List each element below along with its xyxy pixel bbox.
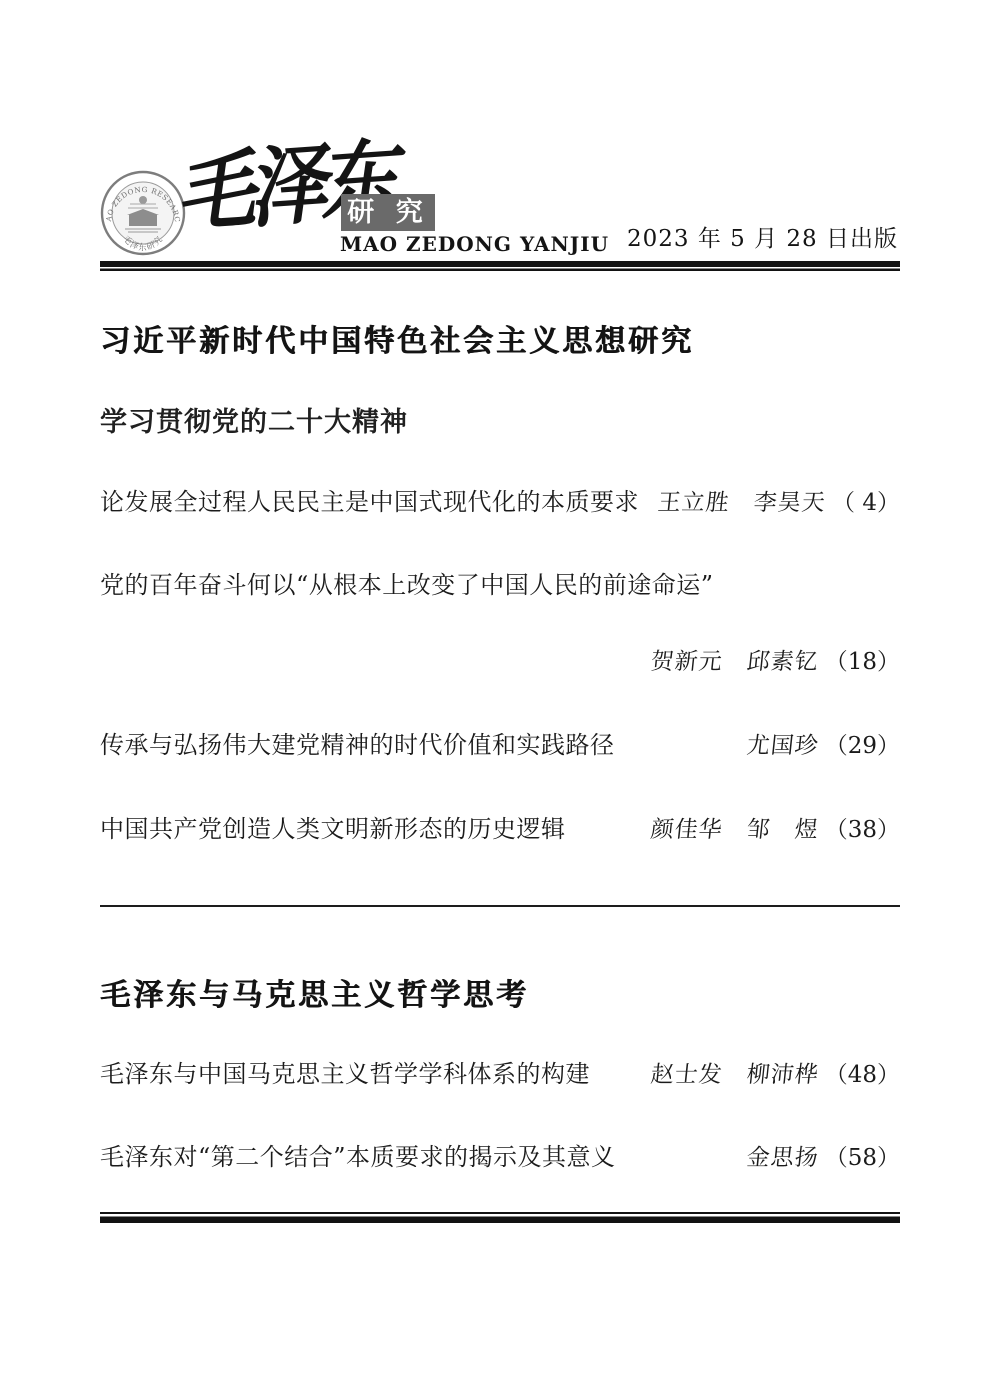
article-authors: 赵士发 柳沛桦 <box>649 1056 820 1089</box>
article-title: 论发展全过程人民民主是中国式现代化的本质要求 <box>100 482 639 517</box>
section-divider <box>100 905 900 907</box>
article-authors: 王立胜 李昊天 <box>656 484 827 517</box>
article-title: 中国共产党创造人类文明新形态的历史逻辑 <box>100 809 566 844</box>
article-entry: 毛泽东对“第二个结合”本质要求的揭示及其意义 金思扬 （58） <box>100 1137 900 1172</box>
journal-title-box: 研 究 <box>341 194 435 231</box>
article-authors-page: 贺新元 邱素钇 （18） <box>651 643 900 676</box>
publish-date: 2023 年 5 月 28 日出版 <box>627 220 898 253</box>
header-divider <box>100 261 900 271</box>
section-2-heading: 毛泽东与马克思主义哲学思考 <box>100 970 900 1014</box>
article-title: 党的百年奋斗何以“从根本上改变了中国人民的前途命运” <box>100 565 714 600</box>
article-entry: 毛泽东与中国马克思主义哲学学科体系的构建 赵士发 柳沛桦 （48） <box>100 1054 900 1089</box>
article-entry: 论发展全过程人民民主是中国式现代化的本质要求 王立胜 李昊天 （ 4） <box>100 482 900 517</box>
journal-header: MAO ZEDONG RESEARCH 毛泽东研究 毛泽东 研 究 MAO ZE… <box>100 166 900 262</box>
journal-toc-page: MAO ZEDONG RESEARCH 毛泽东研究 毛泽东 研 究 MAO ZE… <box>0 0 1000 1400</box>
article-title: 毛泽东对“第二个结合”本质要求的揭示及其意义 <box>100 1137 616 1172</box>
article-page-number: （18） <box>825 643 900 676</box>
article-page-number: （38） <box>825 811 900 844</box>
journal-seal-icon: MAO ZEDONG RESEARCH 毛泽东研究 <box>100 170 186 256</box>
article-authors-page: 颜佳华 邹 煜 （38） <box>651 811 900 844</box>
article-entry: 中国共产党创造人类文明新形态的历史逻辑 颜佳华 邹 煜 （38） <box>100 809 900 844</box>
section-1-heading: 习近平新时代中国特色社会主义思想研究 <box>100 316 900 360</box>
journal-seal-logo: MAO ZEDONG RESEARCH 毛泽东研究 <box>100 170 186 256</box>
article-page-number: （48） <box>825 1056 900 1089</box>
article-authors-page: 赵士发 柳沛桦 （48） <box>651 1056 900 1089</box>
article-entry: 党的百年奋斗何以“从根本上改变了中国人民的前途命运” <box>100 565 900 600</box>
article-entry: 传承与弘扬伟大建党精神的时代价值和实践路径 尤国珍 （29） <box>100 725 900 760</box>
article-entry-authors-line: 贺新元 邱素钇 （18） <box>100 643 900 676</box>
article-title: 毛泽东与中国马克思主义哲学学科体系的构建 <box>100 1054 590 1089</box>
article-authors: 金思扬 <box>745 1139 820 1172</box>
article-authors-page: 金思扬 （58） <box>747 1139 900 1172</box>
article-authors: 贺新元 邱素钇 <box>649 643 820 676</box>
article-title: 传承与弘扬伟大建党精神的时代价值和实践路径 <box>100 725 615 760</box>
article-page-number: （29） <box>825 727 900 760</box>
journal-title-latin: MAO ZEDONG YANJIU <box>340 232 609 256</box>
article-authors: 颜佳华 邹 煜 <box>649 811 820 844</box>
article-authors: 尤国珍 <box>745 727 820 760</box>
article-authors-page: 尤国珍 （29） <box>747 727 900 760</box>
article-authors-page: 王立胜 李昊天 （ 4） <box>658 484 900 517</box>
section-1-subheading: 学习贯彻党的二十大精神 <box>100 400 900 439</box>
article-page-number: （ 4） <box>832 484 900 517</box>
page-bottom-divider <box>100 1212 900 1223</box>
article-page-number: （58） <box>825 1139 900 1172</box>
